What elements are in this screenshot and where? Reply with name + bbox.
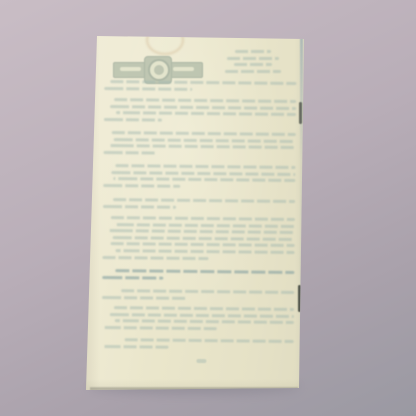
showthrough-line xyxy=(116,249,295,254)
showthrough-line xyxy=(116,111,296,116)
showthrough-line xyxy=(102,276,163,280)
showthrough-line xyxy=(104,118,162,122)
showthrough-line xyxy=(102,345,169,349)
showthrough-paragraph xyxy=(103,164,295,192)
showthrough-line xyxy=(116,269,295,274)
showthrough-line xyxy=(102,256,208,260)
showthrough-line xyxy=(103,184,180,188)
showthrough-line xyxy=(121,289,294,294)
showthrough-line xyxy=(102,296,188,300)
showthrough-paragraph xyxy=(104,80,296,95)
showthrough-line xyxy=(115,319,294,324)
showthrough-line xyxy=(113,306,293,311)
showthrough-text-block xyxy=(101,32,297,388)
showthrough-paragraph xyxy=(104,131,296,159)
showthrough-line xyxy=(111,131,295,136)
photo-backdrop xyxy=(0,0,416,416)
showthrough-line xyxy=(111,171,295,176)
showthrough-line xyxy=(103,205,176,209)
staple-top xyxy=(299,102,302,124)
showthrough-paragraph xyxy=(102,306,294,334)
showthrough-line xyxy=(114,98,296,103)
showthrough-line xyxy=(109,229,295,234)
showthrough-line xyxy=(104,151,158,155)
showthrough-page-number xyxy=(196,359,206,363)
showthrough-paragraph xyxy=(102,216,294,264)
showthrough-line xyxy=(115,164,295,169)
showthrough-paragraph xyxy=(104,98,296,126)
staple-bottom xyxy=(298,285,301,312)
showthrough-paragraph xyxy=(102,269,294,284)
showthrough-line xyxy=(125,338,294,343)
showthrough-line xyxy=(110,313,294,318)
showthrough-line xyxy=(113,177,295,182)
showthrough-line xyxy=(113,198,295,203)
showthrough-line xyxy=(112,236,294,241)
showthrough-line xyxy=(109,144,295,149)
showthrough-line xyxy=(110,242,294,247)
booklet-back-cover xyxy=(86,33,305,391)
showthrough-line xyxy=(104,87,192,91)
showthrough-paragraph xyxy=(102,289,294,304)
showthrough-line xyxy=(110,105,296,110)
showthrough-paragraph xyxy=(103,198,295,213)
showthrough-line xyxy=(114,223,294,228)
showthrough-line xyxy=(110,80,296,85)
page-edge-strip xyxy=(300,37,303,387)
showthrough-line xyxy=(102,326,217,330)
showthrough-line xyxy=(111,216,295,221)
showthrough-line xyxy=(113,138,295,143)
showthrough-paragraph xyxy=(102,338,294,353)
